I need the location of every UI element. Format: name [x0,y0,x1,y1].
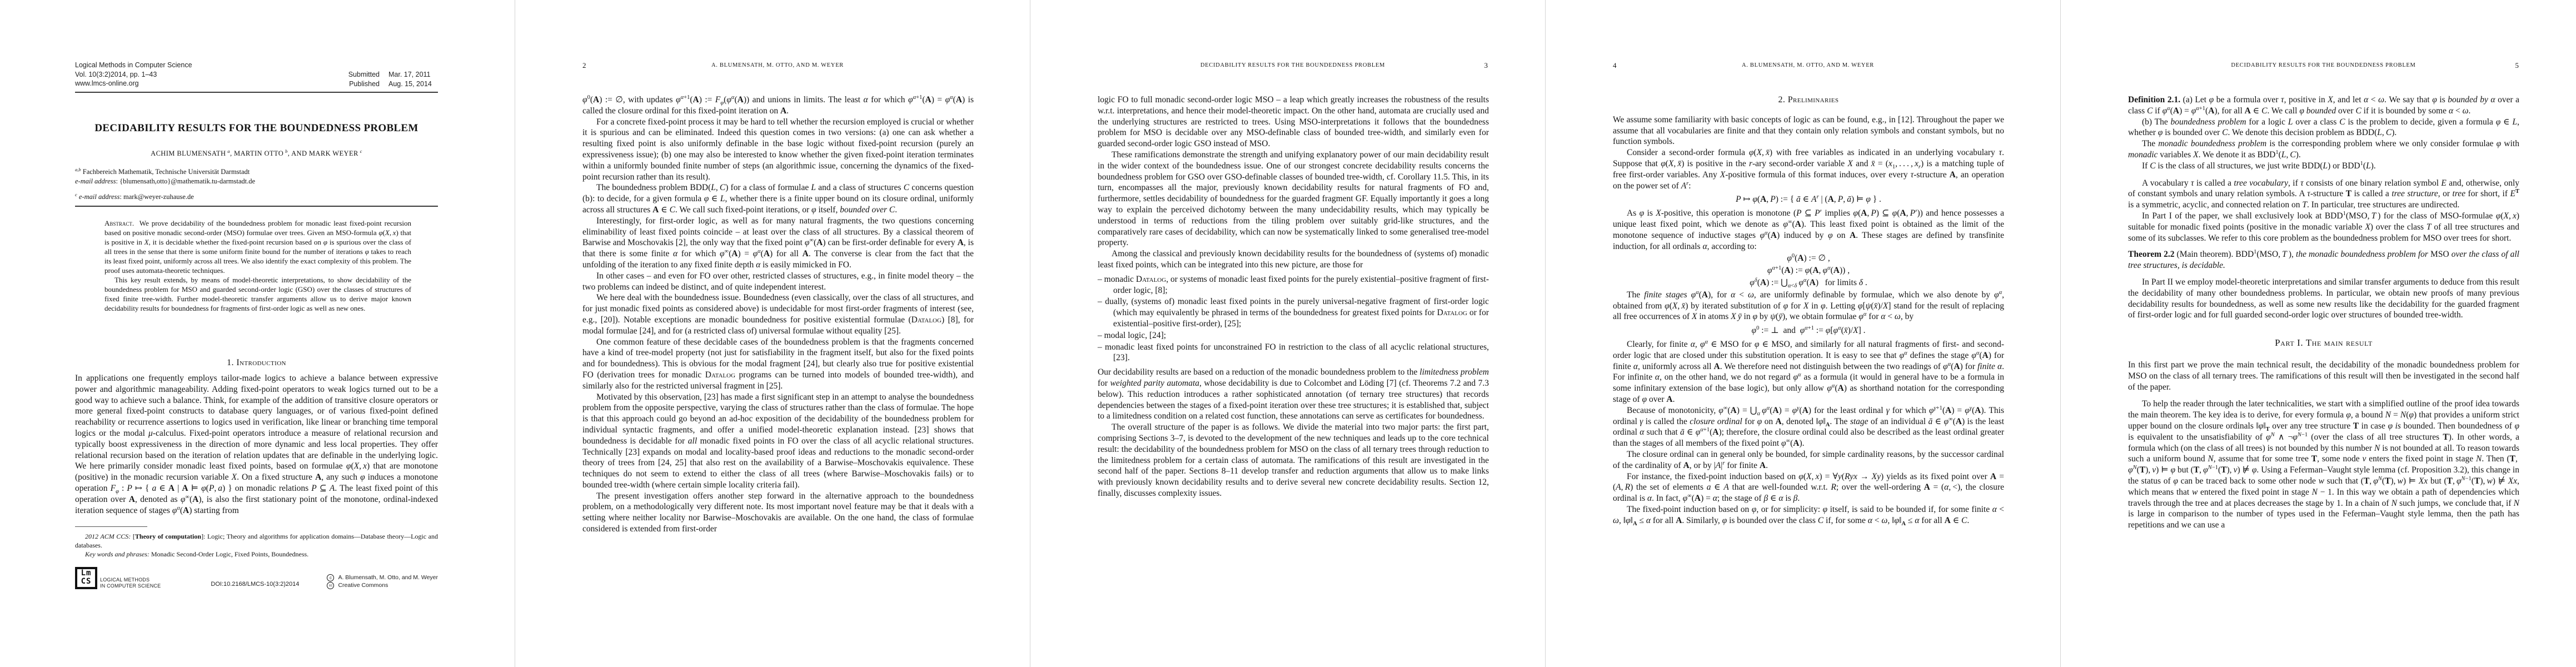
keywords-line: Key words and phrases: Monadic Second-Or… [75,550,438,559]
lmcs-logo-text: LOGICAL METHODS IN COMPUTER SCIENCE [100,577,161,589]
abstract-paragraph: This key result extends, by means of mod… [104,275,411,313]
paragraph: The finite stages φα(A), for α < ω, are … [1613,290,2004,322]
submission-dates: Submitted Mar. 17, 2011 Published Aug. 1… [348,70,437,88]
display-equation: P ↦ φ(A, P) := { ā ∈ Ar | (A, P, ā) ⊨ φ … [1613,194,2004,205]
display-equation: φ0(A) := ∅ , [1613,253,2004,264]
lmcs-logo-block: Lm CS LOGICAL METHODS IN COMPUTER SCIENC… [75,567,161,589]
paragraph: The present investigation offers another… [582,491,974,535]
paragraph: The boundedness problem BDD(L, C) for a … [582,182,974,215]
page-4: 4 A. BLUMENSATH, M. OTTO, AND M. WEYER 2… [1546,0,2061,667]
creative-commons-label[interactable]: Creative Commons [338,581,388,589]
affiliation-line: a,b Fachbereich Mathematik, Technische U… [75,167,438,177]
lmcs-logo-icon: Lm CS [75,567,97,589]
paragraph: Clearly, for finite α, φα ∈ MSO for φ ∈ … [1613,339,2004,405]
display-equation: φδ(A) := ⋃α<δ φα(A) for limits δ . [1613,277,2004,288]
paragraph: In this first part we prove the main tec… [2128,360,2519,392]
page-5: 5 DECIDABILITY RESULTS FOR THE BOUNDEDNE… [2061,0,2576,667]
submitted-date: Mar. 17, 2011 [388,70,437,79]
paragraph: φ0(A) := ∅, with updates φα+1(A) := Fφ(φ… [582,94,974,117]
doi[interactable]: DOI:10.2168/LMCS-10(3:2)2014 [211,581,299,588]
copyright-block: c A. Blumensath, M. Otto, and M. Weyer c… [327,574,438,589]
paragraph: Interestingly, for first-order logic, as… [582,216,974,271]
paragraph: Among the classical and previously known… [1098,248,1489,271]
definition: Definition 2.1. (a) Let φ be a formula o… [2128,94,2519,117]
paragraph: We here deal with the boundedness issue.… [582,292,974,336]
paragraph: Consider a second-order formula φ(X, x̄)… [1613,147,2004,191]
document-pages: Logical Methods in Computer Science Vol.… [0,0,2576,667]
page-body: Definition 2.1. (a) Let φ be a formula o… [2128,94,2519,531]
page-1: Logical Methods in Computer Science Vol.… [0,0,515,667]
paragraph: The closure ordinal can in general only … [1613,449,2004,471]
list-item: – modal logic, [24]; [1098,330,1489,341]
page-3: 3 DECIDABILITY RESULTS FOR THE BOUNDEDNE… [1030,0,1546,667]
section-heading: 1. Introduction [75,358,438,368]
paragraph: These ramifications demonstrate the stre… [1098,150,1489,248]
paragraph: One common feature of these decidable ca… [582,337,974,392]
section-heading: 2. Preliminaries [1613,94,2004,106]
footnote-rule [75,526,147,527]
paragraph: logic FO to full monadic second-order lo… [1098,94,1489,150]
journal-volume: Vol. 10(3:2)2014, pp. 1–43 [75,70,297,79]
page-footer: Lm CS LOGICAL METHODS IN COMPUTER SCIENC… [75,567,438,589]
logo-glyph: CS [77,578,95,586]
page-body: logic FO to full monadic second-order lo… [1098,94,1489,499]
abstract: Abstract. We prove decidability of the b… [104,218,411,313]
published-label: Published [349,79,380,89]
journal-masthead: Logical Methods in Computer Science Vol.… [75,61,297,88]
logo-glyph: Lm [77,569,95,578]
list-item: – monadic least fixed points for unconst… [1098,342,1489,364]
running-head: A. BLUMENSATH, M. OTTO, AND M. WEYER [582,62,973,68]
paragraph: The overall structure of the paper is as… [1098,422,1489,499]
submitted-row: Submitted Mar. 17, 2011 [348,70,437,79]
journal-url[interactable]: www.lmcs-online.org [75,79,297,88]
published-date: Aug. 15, 2014 [388,79,437,89]
masthead-rule [75,92,438,93]
acm-ccs-line: 2012 ACM CCS: [Theory of computation]: L… [75,532,438,550]
paragraph: Because of monotonicity, φ∞(A) = ⋃α φα(A… [1613,405,2004,449]
list-item: – dually, (systems of) monadic least fix… [1098,296,1489,329]
email-line[interactable]: c e-mail address: mark@weyer-zuhause.de [75,192,438,202]
intro-paragraph: In applications one frequently employs t… [75,373,438,516]
running-head: DECIDABILITY RESULTS FOR THE BOUNDEDNESS… [2128,62,2519,68]
page-body: 2. PreliminariesWe assume some familiari… [1613,94,2004,526]
list-item: – monadic Datalog, or systems of monadic… [1098,274,1489,296]
paragraph: In Part I of the paper, we shall exclusi… [2128,211,2519,243]
display-equation: φ0 := ⊥ and φα+1 := φ[φα(x̄)/X] . [1613,325,2004,336]
affiliations: a,b Fachbereich Mathematik, Technische U… [75,167,438,202]
part-heading: Part I. The main result [2128,337,2519,349]
paragraph: In Part II we employ model-theoretic int… [2128,277,2519,321]
paragraph: If C is the class of all structures, we … [2128,161,2519,172]
running-head: A. BLUMENSATH, M. OTTO, AND M. WEYER [1613,62,2003,68]
paragraph: The monadic boundedness problem is the c… [2128,138,2519,161]
paragraph: Motivated by this observation, [23] has … [582,392,974,491]
paragraph: A vocabulary τ is called a tree vocabula… [2128,178,2519,211]
paragraph: To help the reader through the later tec… [2128,399,2519,531]
paragraph: In other cases – and even for FO over ot… [582,271,974,293]
copyright-icon: c [327,574,334,581]
paragraph: For instance, the fixed-point induction … [1613,471,2004,504]
paragraph: Our decidability results are based on a … [1098,367,1489,422]
paragraph: For a concrete fixed-point process it ma… [582,117,974,183]
page-body: φ0(A) := ∅, with updates φα+1(A) := Fφ(φ… [582,94,974,535]
abstract-paragraph: Abstract. We prove decidability of the b… [104,218,411,275]
creative-commons-icon: cc [327,582,334,589]
running-head: DECIDABILITY RESULTS FOR THE BOUNDEDNESS… [1098,62,1488,68]
paper-title: DECIDABILITY RESULTS FOR THE BOUNDEDNESS… [75,122,438,135]
published-row: Published Aug. 15, 2014 [348,79,437,89]
display-equation: φα+1(A) := φ(A, φα(A)) , [1613,265,2004,276]
paragraph: As φ is X-positive, this operation is mo… [1613,208,2004,252]
paragraph: We assume some familiarity with basic co… [1613,115,2004,147]
journal-name: Logical Methods in Computer Science [75,61,297,70]
title-rule [75,206,438,207]
email-line[interactable]: e-mail address: {blumensath,otto}@mathem… [75,177,438,186]
authors-line: ACHIM BLUMENSATH a, MARTIN OTTO b, AND M… [75,150,438,158]
paragraph: (b) The boundedness problem for a logic … [2128,117,2519,139]
copyright-names: A. Blumensath, M. Otto, and M. Weyer [338,574,438,581]
paragraph: The fixed-point induction based on φ, or… [1613,504,2004,526]
theorem: Theorem 2.2 (Main theorem). BDD1(MSO, T … [2128,249,2519,271]
page-2: 2 A. BLUMENSATH, M. OTTO, AND M. WEYER φ… [515,0,1030,667]
submitted-label: Submitted [348,70,380,79]
footnotes: 2012 ACM CCS: [Theory of computation]: L… [75,532,438,559]
